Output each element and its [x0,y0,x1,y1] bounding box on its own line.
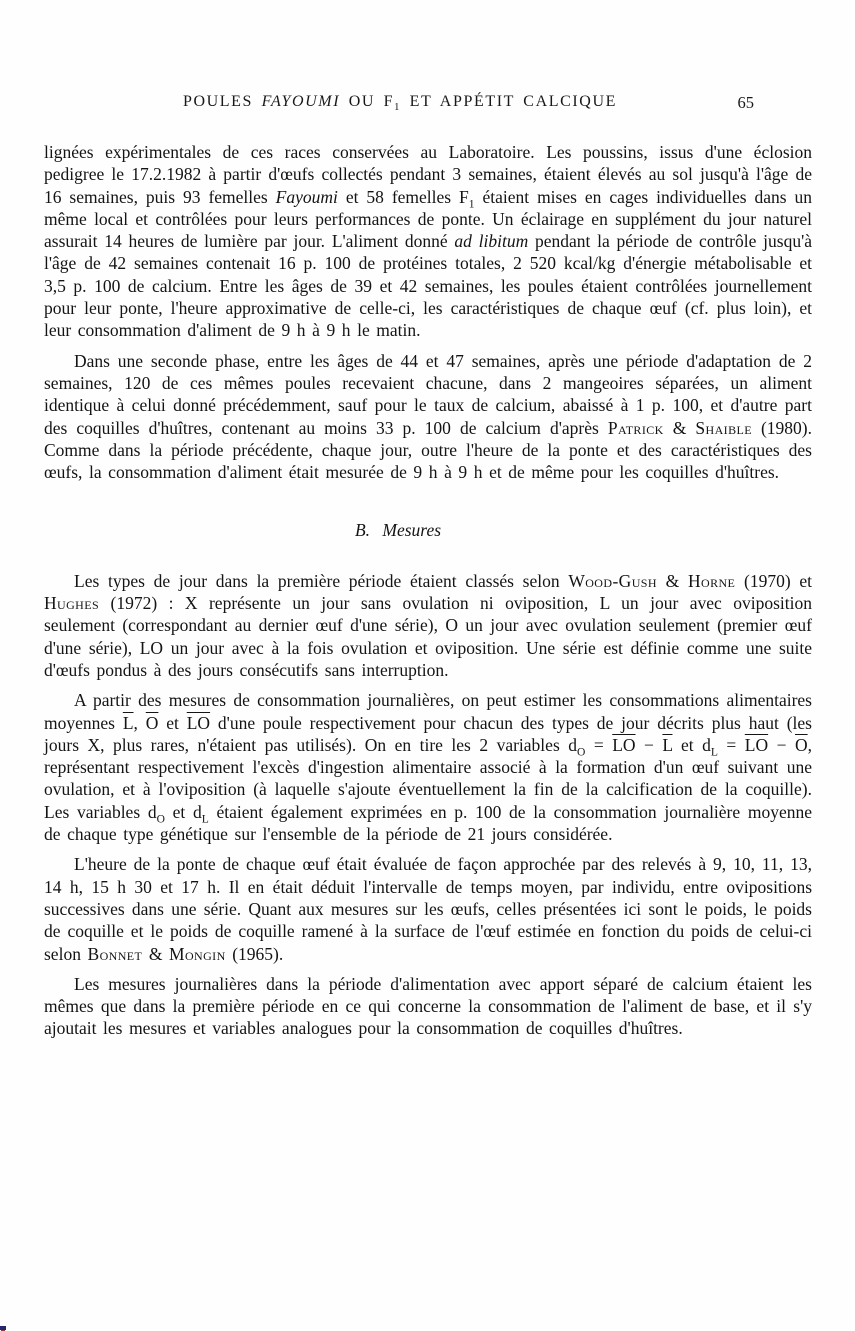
text-segment: Wood-Gush [568,571,657,591]
text-segment: Patrick [608,418,664,438]
document-page: POULES FAYOUMI OU F1 ET APPÉTIT CALCIQUE… [0,0,855,1331]
text-segment: (1970) et [735,571,812,591]
text-segment: & [664,418,696,438]
text-segment: et d [165,802,202,822]
text-segment: et d [672,735,710,755]
text-segment: et [158,713,186,733]
text-segment: − [768,735,795,755]
text-segment: & [142,944,169,964]
text-segment: = [585,735,612,755]
text-segment: LO [187,713,210,733]
text-segment: Les mesures journalières dans la période… [44,974,812,1039]
text-segment: LO [745,735,768,755]
page-number: 65 [738,93,755,113]
page-header: POULES FAYOUMI OU F1 ET APPÉTIT CALCIQUE… [44,93,812,111]
text-segment: FAYOUMI [262,93,340,110]
page-body: lignées expérimentales de ces races cons… [44,141,812,1040]
text-segment: & [657,571,688,591]
text-segment: 1 [394,102,401,113]
text-segment: étaient également exprimées en p. 100 de… [44,802,812,844]
section-heading-mesures: B. Mesures [14,519,782,541]
paragraph-daily-measures: Les mesures journalières dans la période… [44,973,812,1040]
text-segment: Bonnet [88,944,143,964]
text-segment: O [795,735,808,755]
paragraph-second-phase: Dans une seconde phase, entre les âges d… [44,350,812,484]
text-segment: Horne [688,571,735,591]
text-segment: (1972) : X représente un jour sans ovula… [44,593,812,680]
text-segment: − [636,735,663,755]
text-segment: Shaible [695,418,752,438]
text-segment: = [718,735,745,755]
text-segment: Les types de jour dans la première pério… [74,571,568,591]
paragraph-day-types: Les types de jour dans la première pério… [44,570,812,681]
text-segment: et 58 femelles F [338,187,469,207]
scan-artifact-mark [0,1326,6,1330]
paragraph-experiment-setup: lignées expérimentales de ces races cons… [44,141,812,342]
text-segment: L [662,735,672,755]
text-segment: ET APPÉTIT CALCIQUE [401,93,617,110]
text-segment: Fayoumi [276,187,338,207]
text-segment: Hughes [44,593,99,613]
text-segment: , [134,713,146,733]
text-segment: (1965). [226,944,284,964]
text-segment: Mongin [169,944,226,964]
text-segment: OU F [340,93,394,110]
text-segment: POULES [183,93,262,110]
paragraph-laying-time: L'heure de la ponte de chaque œuf était … [44,853,812,964]
text-segment: LO [612,735,635,755]
text-segment: L [123,713,134,733]
running-title: POULES FAYOUMI OU F1 ET APPÉTIT CALCIQUE [183,93,617,111]
text-segment: O [146,713,159,733]
paragraph-consumption-variables: A partir des mesures de consommation jou… [44,689,812,845]
text-segment: ad libitum [454,231,528,251]
